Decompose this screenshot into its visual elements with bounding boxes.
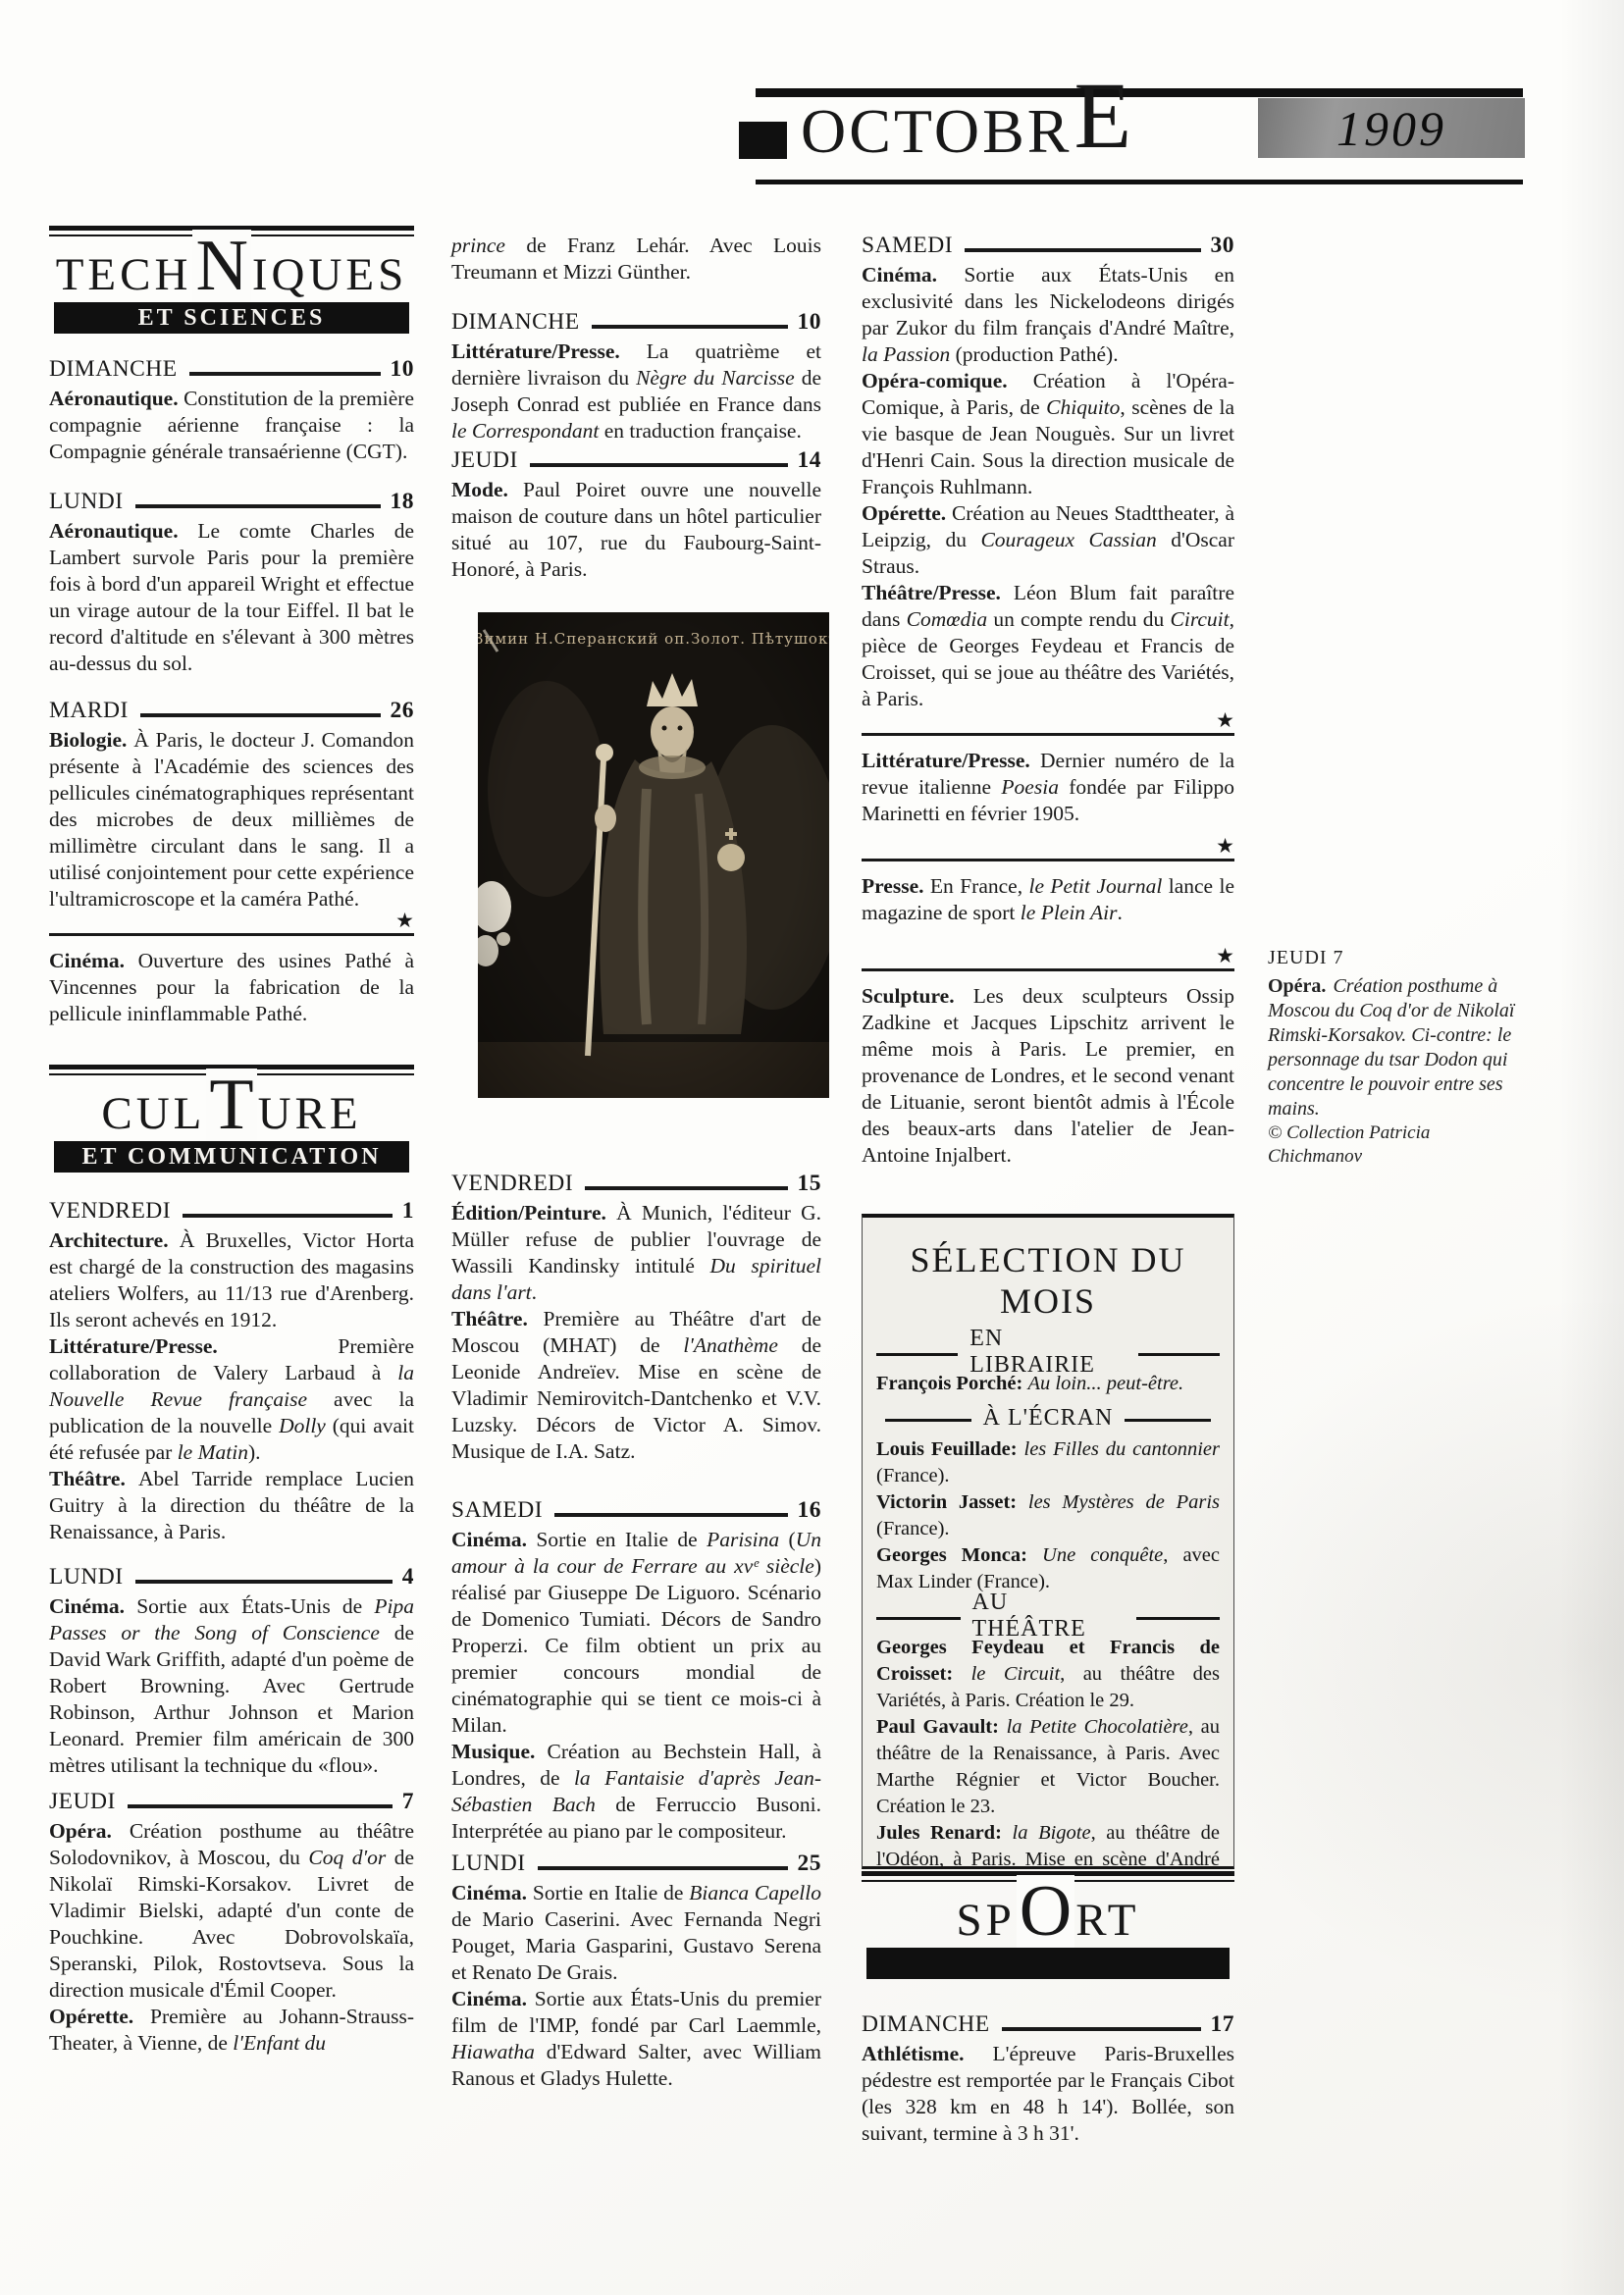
text-segment: Cinéma. — [49, 1594, 136, 1618]
day-header: LUNDI18 — [49, 489, 414, 514]
selection-item: Paul Gavault: la Petite Chocolatière, au… — [876, 1714, 1220, 1820]
year-text: 1909 — [1336, 100, 1446, 157]
selection-item: Jules Renard: la Bigote, au théâtre de l… — [876, 1820, 1220, 1869]
text-segment: Jules Renard: — [876, 1822, 1013, 1844]
margin-caption-body: Création posthume à Moscou du Coq d'or d… — [1268, 975, 1514, 1120]
text-segment: François Porché: — [876, 1373, 1027, 1394]
text-segment: Sculpture. — [862, 984, 973, 1008]
text-segment: Poesia — [1001, 775, 1059, 799]
text-segment: Presse. — [862, 874, 930, 898]
rule-right — [1125, 1419, 1211, 1422]
photo-credit-line-1: © Collection Patricia — [1268, 1121, 1535, 1145]
text-segment: Parisina — [707, 1528, 779, 1551]
entry-paragraph: Cinéma. Ouverture des usines Pathé à Vin… — [49, 948, 414, 1027]
day-number: 10 — [798, 309, 822, 335]
day-header: DIMANCHE10 — [451, 309, 821, 335]
day-header: VENDREDI15 — [451, 1171, 821, 1196]
entry-paragraph: Théâtre. Première au Théâtre d'art de Mo… — [451, 1306, 821, 1465]
text-segment: Biologie. — [49, 728, 133, 752]
entry-paragraph: Littérature/Presse. Première collaborati… — [49, 1333, 414, 1466]
entry-paragraph: Théâtre/Presse. Léon Blum fait paraître … — [862, 580, 1234, 712]
text-segment: ). — [248, 1440, 261, 1464]
day-rule — [183, 1214, 393, 1218]
day-number: 14 — [798, 447, 822, 473]
section-title-text: TECH — [56, 252, 192, 298]
rule-left — [876, 1353, 958, 1356]
separator-rule — [862, 859, 1234, 861]
separator-rule — [862, 733, 1234, 736]
day-name: DIMANCHE — [862, 2011, 990, 2037]
text-segment: Georges Monca: — [876, 1544, 1042, 1566]
entry-paragraph: Architecture. À Bruxelles, Victor Horta … — [49, 1227, 414, 1333]
selection-group-header: À L'ÉCRAN — [876, 1405, 1220, 1431]
day-header: DIMANCHE10 — [49, 356, 414, 382]
star-icon: ★ — [395, 911, 414, 931]
text-segment: Cinéma. — [451, 1987, 535, 2010]
day-name: DIMANCHE — [451, 309, 580, 335]
text-segment: Sortie en Italie de — [536, 1528, 707, 1551]
text-segment: Opérette. — [49, 2005, 150, 2028]
day-header: MARDI26 — [49, 698, 414, 723]
text-segment: Musique. — [451, 1740, 548, 1763]
column-2: prince de Franz Lehár. Avec Louis Treuma… — [451, 233, 821, 2092]
selection-item: François Porché: Au loin... peut-être. — [876, 1371, 1220, 1397]
text-segment: Théâtre/Presse. — [862, 581, 1014, 604]
day-rule — [554, 1513, 787, 1517]
star-icon: ★ — [1216, 710, 1234, 731]
section-title-big-letter: N — [192, 230, 250, 302]
text-segment: le Plein Air — [1021, 901, 1118, 924]
text-segment: Mode. — [451, 478, 523, 501]
text-segment: l'Enfant du — [233, 2031, 326, 2055]
selection-item: Georges Feydeau et Francis de Croisset: … — [876, 1635, 1220, 1714]
entry-paragraph: Biologie. À Paris, le docteur J. Comando… — [49, 727, 414, 913]
section-title-text: RT — [1075, 1898, 1139, 1944]
entry-paragraph: Cinéma. Sortie aux États-Unis en exclusi… — [862, 262, 1234, 368]
entry-paragraph: Littérature/Presse. La quatrième et dern… — [451, 339, 821, 444]
day-number: 25 — [798, 1851, 822, 1876]
separator-rule — [862, 968, 1234, 971]
entry-paragraph: Édition/Peinture. À Munich, l'éditeur G.… — [451, 1200, 821, 1306]
selection-box: SÉLECTION DU MOISEN LIBRAIRIEFrançois Po… — [862, 1214, 1234, 1869]
text-segment: Coq d'or — [308, 1846, 386, 1869]
day-name: SAMEDI — [451, 1497, 543, 1523]
text-segment: Courageux Cassian — [980, 528, 1156, 551]
day-header: SAMEDI16 — [451, 1497, 821, 1523]
text-segment: Cinéma. — [451, 1528, 536, 1551]
day-rule — [189, 372, 381, 376]
selection-item: Georges Monca: Une conquête, avec Max Li… — [876, 1542, 1220, 1595]
page-header: OCTOBR E — [739, 70, 1131, 163]
day-header: LUNDI25 — [451, 1851, 821, 1876]
star-icon: ★ — [1216, 836, 1234, 857]
day-name: VENDREDI — [451, 1171, 573, 1196]
selection-item: Louis Feuillade: les Filles du cantonnie… — [876, 1436, 1220, 1489]
selection-group-title: À L'ÉCRAN — [983, 1405, 1114, 1432]
text-segment: la Passion — [862, 342, 950, 366]
section-header: CULTUREET COMMUNICATION — [49, 1063, 414, 1173]
day-rule — [592, 325, 788, 329]
text-segment: En France, — [930, 874, 1029, 898]
section-title-text: CUL — [101, 1091, 205, 1137]
entry-paragraph: Musique. Création au Bechstein Hall, à L… — [451, 1739, 821, 1845]
text-segment: . — [532, 1280, 537, 1304]
day-number: 30 — [1211, 233, 1235, 258]
text-segment: la Petite Chocolatière — [1007, 1716, 1188, 1738]
text-segment: Victorin Jasset: — [876, 1491, 1028, 1513]
day-number: 7 — [402, 1789, 414, 1814]
entry-paragraph: Athlétisme. L'épreuve Paris-Bruxelles pé… — [862, 2041, 1234, 2147]
day-name: SAMEDI — [862, 233, 953, 258]
text-segment: À Paris, le docteur J. Comandon présente… — [49, 728, 414, 911]
text-segment: (France). — [876, 1465, 950, 1487]
entry-paragraph: Opéra-comique. Création à l'Opéra-Comiqu… — [862, 368, 1234, 500]
text-segment: Bianca Capello — [689, 1881, 821, 1904]
day-rule — [135, 1580, 393, 1584]
header-bottom-rule — [756, 180, 1523, 184]
entry-paragraph: Mode. Paul Poiret ouvre une nouvelle mai… — [451, 477, 821, 583]
rule-right — [1138, 1353, 1220, 1356]
text-segment: Une conquête — [1042, 1544, 1163, 1566]
text-segment: Nègre du Narcisse — [636, 366, 795, 390]
text-segment: Dolly — [279, 1414, 326, 1437]
text-segment: Athlétisme. — [862, 2042, 992, 2065]
day-name: LUNDI — [49, 1564, 124, 1590]
day-header: SAMEDI30 — [862, 233, 1234, 258]
text-segment: de Franz Lehár. Avec Louis Treumann et M… — [451, 234, 821, 284]
day-name: LUNDI — [49, 489, 124, 514]
text-segment: Comœdia — [907, 607, 987, 631]
rule-right — [1136, 1617, 1221, 1620]
day-rule — [530, 463, 788, 467]
section-title-text: URE — [258, 1091, 362, 1137]
entry-paragraph: Cinéma. Sortie aux États-Unis de Pipa Pa… — [49, 1593, 414, 1779]
day-name: DIMANCHE — [49, 356, 178, 382]
text-segment: le Petit Journal — [1028, 874, 1162, 898]
section-subtitle-bar: ET COMMUNICATION — [54, 1141, 409, 1173]
text-segment: Chiquito — [1046, 395, 1120, 419]
star-icon: ★ — [1216, 946, 1234, 966]
text-segment: Cinéma. — [451, 1881, 533, 1904]
day-name: JEUDI — [49, 1789, 116, 1814]
star-separator: ★ — [49, 913, 414, 936]
entry-paragraph: Opérette. Première au Johann-Strauss-The… — [49, 2004, 414, 2057]
photo-caption-overlay: Зимин Н.Сперанский оп.Золот. Пѣтушокъ — [478, 630, 829, 648]
photo-credit-line-2: Chichmanov — [1268, 1145, 1535, 1169]
day-header: VENDREDI1 — [49, 1198, 414, 1224]
day-number: 4 — [402, 1564, 414, 1590]
margin-caption-day: JEUDI 7 — [1268, 946, 1535, 970]
selection-group-header: EN LIBRAIRIE — [876, 1339, 1220, 1365]
entry-paragraph: Aéronautique. Le comte Charles de Lamber… — [49, 518, 414, 677]
rule-left — [885, 1419, 971, 1422]
text-segment: le Matin — [178, 1440, 248, 1464]
text-segment: (production Pathé). — [950, 342, 1118, 366]
section-title-text: IQUES — [252, 252, 407, 298]
day-header: JEUDI7 — [49, 1789, 414, 1814]
margin-caption-text: Opéra.Création posthume à Moscou du Coq … — [1268, 974, 1535, 1121]
month-title-big-letter: E — [1074, 69, 1131, 163]
day-number: 26 — [391, 698, 415, 723]
section-header: TECHNIQUESET SCIENCES — [49, 224, 414, 334]
text-segment: Au loin... peut-être. — [1027, 1373, 1183, 1394]
selection-title: SÉLECTION DU MOIS — [876, 1239, 1220, 1322]
entry-paragraph: Opérette. Création au Neues Stadttheater… — [862, 500, 1234, 580]
text-segment: Littérature/Presse. — [862, 749, 1040, 772]
day-rule — [538, 1866, 788, 1870]
entry-paragraph: Cinéma. Sortie en Italie de Parisina (Un… — [451, 1527, 821, 1739]
text-segment: (France). — [876, 1518, 950, 1539]
day-header: DIMANCHE17 — [862, 2011, 1234, 2037]
text-segment: Architecture. — [49, 1228, 180, 1252]
text-segment: Aéronautique. — [49, 387, 183, 410]
text-segment: les Filles du cantonnier — [1024, 1438, 1221, 1460]
text-segment: Cinéma. — [862, 263, 964, 287]
text-segment: en traduction française. — [599, 419, 802, 443]
text-segment: Théâtre. — [451, 1307, 544, 1330]
text-segment: le Circuit — [971, 1663, 1061, 1685]
section-title-text: SP — [957, 1898, 1016, 1944]
text-segment: de Mario Caserini. Avec Fernanda Negri P… — [451, 1907, 821, 1984]
text-segment: Sortie en Italie de — [533, 1881, 689, 1904]
entry-paragraph: Cinéma. Sortie en Italie de Bianca Capel… — [451, 1880, 821, 1986]
selection-item: Victorin Jasset: les Mystères de Paris (… — [876, 1489, 1220, 1542]
entry-paragraph: Aéronautique. Constitution de la premièr… — [49, 386, 414, 465]
day-number: 17 — [1211, 2011, 1235, 2037]
month-title: OCTOBR — [801, 100, 1072, 163]
text-segment: Circuit — [1171, 607, 1230, 631]
section-subtitle-bar — [866, 1948, 1230, 1979]
text-segment: Aéronautique. — [49, 519, 197, 543]
title-square-icon — [739, 122, 787, 159]
entry-paragraph: Théâtre. Abel Tarride remplace Lucien Gu… — [49, 1466, 414, 1545]
day-rule — [585, 1186, 787, 1190]
text-segment: la Bigote — [1013, 1822, 1091, 1844]
day-number: 15 — [798, 1171, 822, 1196]
text-segment: Hiawatha — [451, 2040, 535, 2063]
text-segment: prince — [451, 234, 505, 257]
text-segment: Paul Gavault: — [876, 1716, 1007, 1738]
day-header: JEUDI14 — [451, 447, 821, 473]
opera-photo-image: Зимин Н.Сперанский оп.Золот. Пѣтушокъ — [478, 612, 829, 1098]
star-separator: ★ — [862, 712, 1234, 736]
text-segment: Littérature/Presse. — [49, 1334, 338, 1358]
text-segment: le Correspondant — [451, 419, 599, 443]
text-segment: Littérature/Presse. — [451, 339, 647, 363]
text-segment: . — [1118, 901, 1123, 924]
text-segment: Théâtre. — [49, 1467, 138, 1490]
day-number: 18 — [391, 489, 415, 514]
text-segment: Édition/Peinture. — [451, 1201, 616, 1225]
entry-paragraph: Presse. En France, le Petit Journal lanc… — [862, 873, 1234, 926]
entry-paragraph: Littérature/Presse. Dernier numéro de la… — [862, 748, 1234, 827]
entry-paragraph: Cinéma. Sortie aux États-Unis du premier… — [451, 1986, 821, 2092]
separator-rule — [49, 933, 414, 936]
opera-photo: Зимин Н.Сперанский оп.Золот. Пѣтушокъ — [478, 612, 829, 1098]
selection-group-header: AU THÉÂTRE — [876, 1603, 1220, 1629]
text-segment: Les deux sculpteurs Ossip Zadkine et Jac… — [862, 984, 1234, 1167]
margin-caption: JEUDI 7 Opéra.Création posthume à Moscou… — [1268, 946, 1535, 1169]
day-name: JEUDI — [451, 447, 518, 473]
text-segment: l'Anathème — [683, 1333, 778, 1357]
section-header: SPORT — [862, 1869, 1234, 1979]
section-subtitle-bar: ET SCIENCES — [54, 302, 409, 334]
section-title: SPORT — [862, 1869, 1234, 1944]
day-rule — [135, 504, 381, 508]
day-number: 1 — [402, 1198, 414, 1224]
year-badge: 1909 — [1258, 98, 1525, 158]
text-segment: Sortie aux États-Unis de — [136, 1594, 374, 1618]
entry-paragraph: prince de Franz Lehár. Avec Louis Treuma… — [451, 233, 821, 286]
text-segment: Opérette. — [862, 501, 952, 525]
day-name: MARDI — [49, 698, 129, 723]
day-number: 16 — [798, 1497, 822, 1523]
text-segment: ( — [779, 1528, 796, 1551]
text-segment: les Mystères de Paris — [1028, 1491, 1220, 1513]
text-segment: un compte rendu du — [987, 607, 1170, 631]
entry-paragraph: Sculpture. Les deux sculpteurs Ossip Zad… — [862, 983, 1234, 1169]
margin-caption-lead: Opéra. — [1268, 975, 1326, 997]
section-title: TECHNIQUES — [49, 224, 414, 298]
column-1: TECHNIQUESET SCIENCESDIMANCHE10Aéronauti… — [49, 224, 414, 2057]
text-segment: Cinéma. — [49, 949, 138, 972]
text-segment: ) réalisé par Giuseppe De Liguoro. Scéna… — [451, 1554, 821, 1737]
day-rule — [965, 248, 1200, 252]
day-rule — [1002, 2027, 1201, 2031]
day-header: LUNDI4 — [49, 1564, 414, 1590]
text-segment: Louis Feuillade: — [876, 1438, 1024, 1460]
section-title: CULTURE — [49, 1063, 414, 1137]
column-3: SAMEDI30Cinéma. Sortie aux États-Unis en… — [862, 233, 1234, 2147]
page: OCTOBR E 1909 TECHNIQUESET SCIENCESDIMAN… — [0, 0, 1624, 2295]
entry-paragraph: Opéra. Création posthume au théâtre Solo… — [49, 1818, 414, 2004]
day-rule — [140, 713, 381, 717]
rule-left — [876, 1617, 961, 1620]
section-title-big-letter: O — [1017, 1875, 1074, 1948]
text-segment: Opéra. — [49, 1819, 130, 1843]
star-separator: ★ — [862, 948, 1234, 971]
day-name: VENDREDI — [49, 1198, 171, 1224]
section-title-big-letter: T — [206, 1069, 256, 1141]
day-name: LUNDI — [451, 1851, 526, 1876]
day-number: 10 — [391, 356, 415, 382]
star-separator: ★ — [862, 838, 1234, 861]
day-rule — [128, 1804, 393, 1808]
text-segment: Opéra-comique. — [862, 369, 1033, 392]
